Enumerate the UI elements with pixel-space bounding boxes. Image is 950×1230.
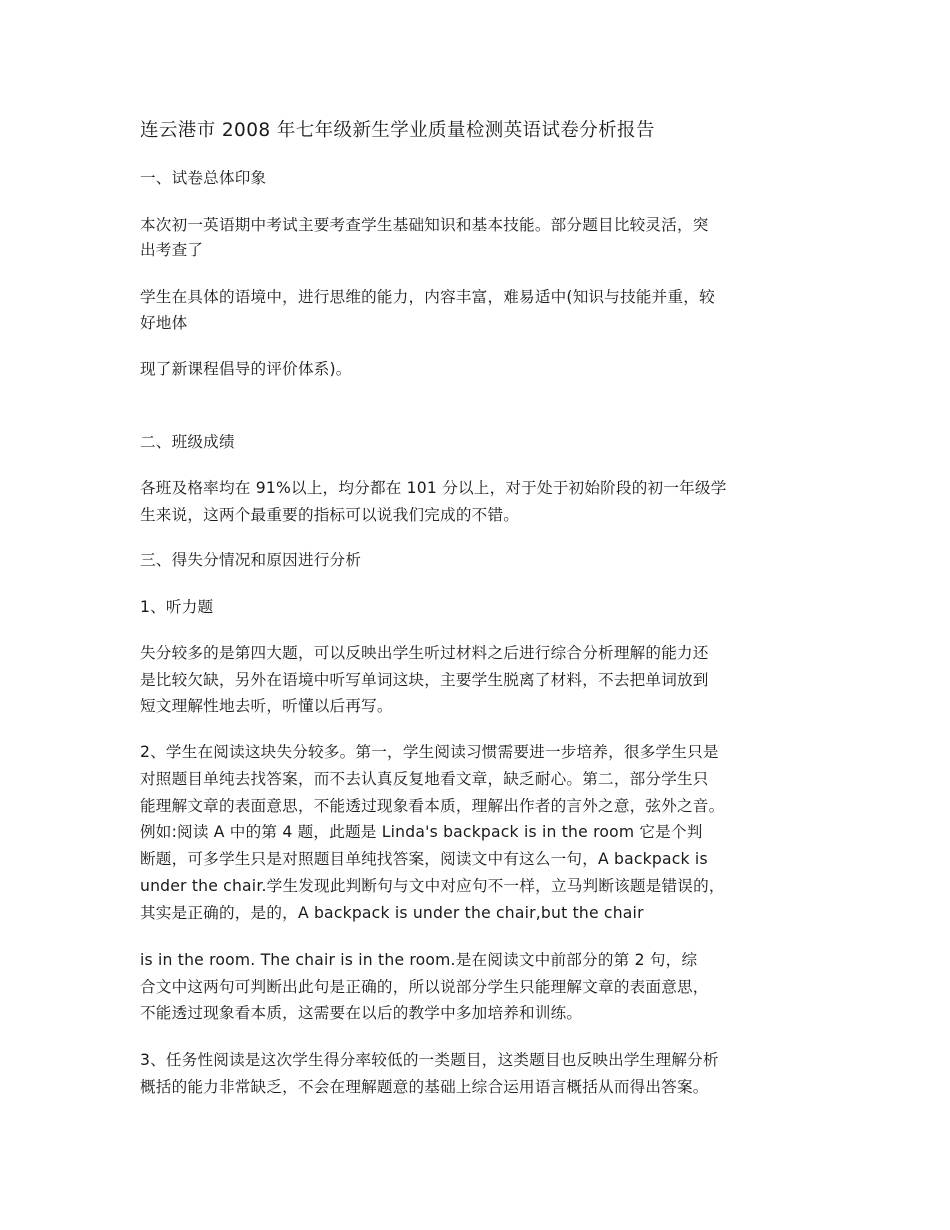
paragraph-line: 好地体 — [140, 313, 187, 333]
paragraph-line: 现了新课程倡导的评价体系)。 — [140, 359, 352, 379]
paragraph-line: 学生在具体的语境中，进行思维的能力，内容丰富，难易适中(知识与技能并重，较 — [140, 287, 715, 307]
paragraph-line: 例如:阅读 A 中的第 4 题，此题是 Linda's backpack is … — [140, 822, 703, 842]
section-heading-3: 三、得失分情况和原因进行分析 — [140, 550, 361, 570]
paragraph-line: 对照题目单纯去找答案，而不去认真反复地看文章，缺乏耐心。第二，部分学生只 — [140, 769, 709, 789]
paragraph-line: 2、学生在阅读这块失分较多。第一，学生阅读习惯需要进一步培养，很多学生只是 — [140, 742, 719, 762]
paragraph-line: 3、任务性阅读是这次学生得分率较低的一类题目，这类题目也反映出学生理解分析 — [140, 1050, 719, 1070]
paragraph-line: 失分较多的是第四大题，可以反映出学生听过材料之后进行综合分析理解的能力还 — [140, 643, 709, 663]
paragraph-line: 能理解文章的表面意思，不能透过现象看本质，理解出作者的言外之意，弦外之音。 — [140, 796, 724, 816]
paragraph-line: 概括的能力非常缺乏，不会在理解题意的基础上综合运用语言概括从而得出答案。 — [140, 1077, 709, 1097]
paragraph-line: 生来说，这两个最重要的指标可以说我们完成的不错。 — [140, 505, 519, 525]
paragraph-line: 断题，可多学生只是对照题目单纯找答案，阅读文中有这么一句，A backpack … — [140, 849, 708, 869]
section-heading-2: 二、班级成绩 — [140, 432, 235, 452]
paragraph-line: 其实是正确的，是的，A backpack is under the chair,… — [140, 903, 644, 923]
paragraph-line: under the chair.学生发现此判断句与文中对应句不一样，立马判断该题… — [140, 876, 725, 896]
paragraph-line: 短文理解性地去听，听懂以后再写。 — [140, 696, 393, 716]
document-page: 连云港市 2008 年七年级新生学业质量检测英语试卷分析报告 一、试卷总体印象 … — [0, 0, 950, 1230]
subsection-heading-listening: 1、听力题 — [140, 597, 213, 617]
section-heading-1: 一、试卷总体印象 — [140, 168, 266, 188]
paragraph-line: 出考查了 — [140, 240, 203, 260]
paragraph-line: is in the room. The chair is in the room… — [140, 950, 697, 970]
paragraph-line: 是比较欠缺，另外在语境中听写单词这块，主要学生脱离了材料，不去把单词放到 — [140, 670, 709, 690]
paragraph-line: 不能透过现象看本质，这需要在以后的教学中多加培养和训练。 — [140, 1003, 582, 1023]
document-title: 连云港市 2008 年七年级新生学业质量检测英语试卷分析报告 — [140, 119, 655, 143]
paragraph-line: 本次初一英语期中考试主要考查学生基础知识和基本技能。部分题目比较灵活，突 — [140, 215, 709, 235]
paragraph-line: 合文中这两句可判断出此句是正确的，所以说部分学生只能理解文章的表面意思， — [140, 977, 709, 997]
paragraph-line: 各班及格率均在 91%以上，均分都在 101 分以上，对于处于初始阶段的初一年级… — [140, 478, 727, 498]
